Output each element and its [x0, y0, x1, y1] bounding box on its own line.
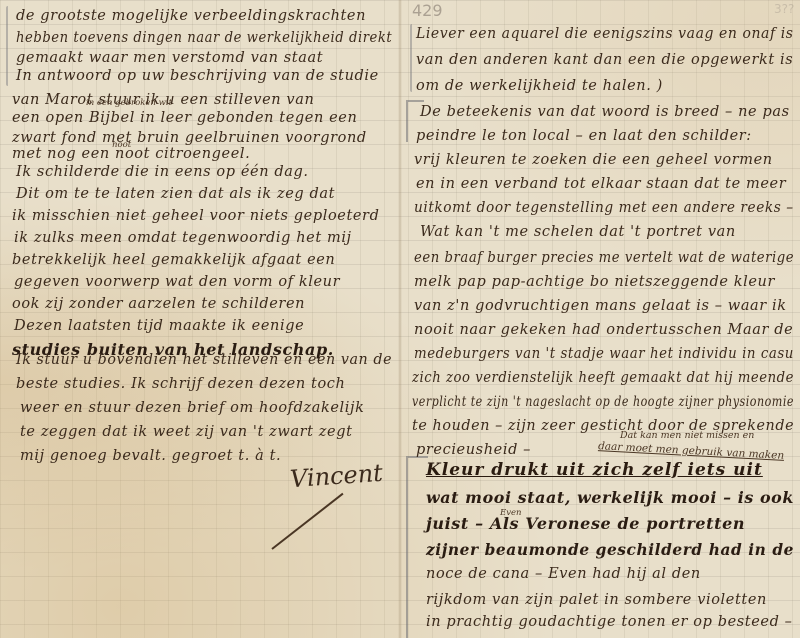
interlinear-insert: in een gebroken wit	[86, 98, 172, 108]
letter-line: ik misschien niet geheel voor niets gepl…	[12, 208, 379, 224]
letter-line: Kleur drukt uit zich zelf iets uit	[426, 460, 763, 480]
left-page: de grootste mogelijke verbeeldingskracht…	[0, 0, 398, 638]
letter-line: gegeven voorwerp wat den vorm of kleur	[14, 274, 340, 290]
letter-line: zwart fond met bruin geelbruinen voorgro…	[12, 130, 367, 146]
letter-line: om de werkelijkheid te halen. )	[416, 78, 663, 94]
letter-line: noce de cana – Even had hij al den	[426, 566, 701, 582]
letter-line: rijkdom van zijn palet in sombere violet…	[426, 592, 767, 608]
letter-line: verplicht te zijn 't nageslacht op de ho…	[412, 394, 794, 410]
letter-line: Dit om te te laten zien dat als ik zeg d…	[16, 186, 335, 202]
signature: Vincent	[289, 459, 384, 493]
letter-line: een braaf burger precies me vertelt wat …	[414, 250, 794, 266]
letter-line: nooit naar gekeken had ondertusschen Maa…	[414, 322, 793, 338]
letter-line: zijner beaumonde geschilderd had in de	[426, 540, 794, 559]
letter-line: een open Bijbel in leer gebonden tegen e…	[12, 110, 357, 126]
letter-line: ook zij zonder aarzelen te schilderen	[12, 296, 305, 312]
interlinear-insert: daar moet men gebruik van maken	[598, 440, 785, 462]
right-page: 429 3?? Liever een aquarel die eenigszin…	[402, 0, 800, 638]
letter-line: in prachtig goudachtige tonen er op best…	[426, 614, 793, 630]
page-number: 429	[412, 1, 443, 20]
interlinear-insert: Dat kan men niet missen en	[620, 430, 754, 441]
letter-line: precieusheid –	[416, 442, 531, 458]
pencil-margin-mark	[6, 6, 8, 86]
letter-line: medeburgers van 't stadje waar het indiv…	[414, 346, 794, 362]
letter-line: gemaakt waar men verstomd van staat	[16, 50, 323, 66]
pencil-parenthesis	[410, 24, 412, 92]
letter-line: melk pap pap-achtige bo nietszeggende kl…	[414, 274, 775, 290]
letter-line: van den anderen kant dan een die opgewer…	[416, 52, 793, 68]
letter-line: Dezen laatsten tijd maakte ik eenige	[14, 318, 304, 334]
letter-line: uitkomt door tegenstelling met een ander…	[414, 200, 794, 216]
signature-flourish	[271, 493, 343, 550]
letter-line: wat mooi staat, werkelijk mooi – is ook	[426, 488, 794, 507]
letter-scan: de grootste mogelijke verbeeldingskracht…	[0, 0, 800, 638]
pencil-bracket-mark	[406, 456, 428, 638]
letter-line: te zeggen dat ik weet zij van 't zwart z…	[20, 424, 353, 440]
letter-line: De beteekenis van dat woord is breed – n…	[420, 104, 790, 120]
letter-line: juist – Als Veronese de portretten	[426, 514, 745, 533]
letter-line: Ik stuur u bovendien het stilleven en ee…	[16, 352, 392, 368]
letter-line: en in een verband tot elkaar staan dat t…	[416, 176, 786, 192]
letter-line: Ik schilderde die in eens op één dag.	[16, 164, 309, 180]
letter-line: Liever een aquarel die eenigszins vaag e…	[416, 26, 794, 42]
letter-line: Wat kan 't me schelen dat 't portret van	[420, 224, 736, 240]
letter-line: ik zulks meen omdat tegenwoordig het mij	[14, 230, 352, 246]
letter-line: vrij kleuren te zoeken die een geheel vo…	[414, 152, 773, 168]
letter-line: met nog een noot citroengeel.	[12, 146, 250, 162]
letter-line: hebben toevens dingen naar de werkelijkh…	[16, 30, 392, 46]
letter-line: In antwoord op uw beschrijving van de st…	[16, 68, 379, 84]
letter-line: betrekkelijk heel gemakkelijk afgaat een	[12, 252, 335, 268]
letter-line: de grootste mogelijke verbeeldingskracht…	[16, 8, 366, 24]
archive-mark: 3??	[774, 2, 794, 16]
letter-line: van z'n godvruchtigen mans gelaat is – w…	[414, 298, 787, 314]
letter-line: peindre le ton local – en laat den schil…	[416, 128, 752, 144]
letter-line: mij genoeg bevalt. gegroet t. à t.	[20, 448, 281, 464]
letter-line: zich zoo verdienstelijk heeft gemaakt da…	[412, 370, 794, 386]
letter-line: beste studies. Ik schrijf dezen dezen to…	[16, 376, 345, 392]
letter-line: weer en stuur dezen brief om hoofdzakeli…	[20, 400, 365, 416]
